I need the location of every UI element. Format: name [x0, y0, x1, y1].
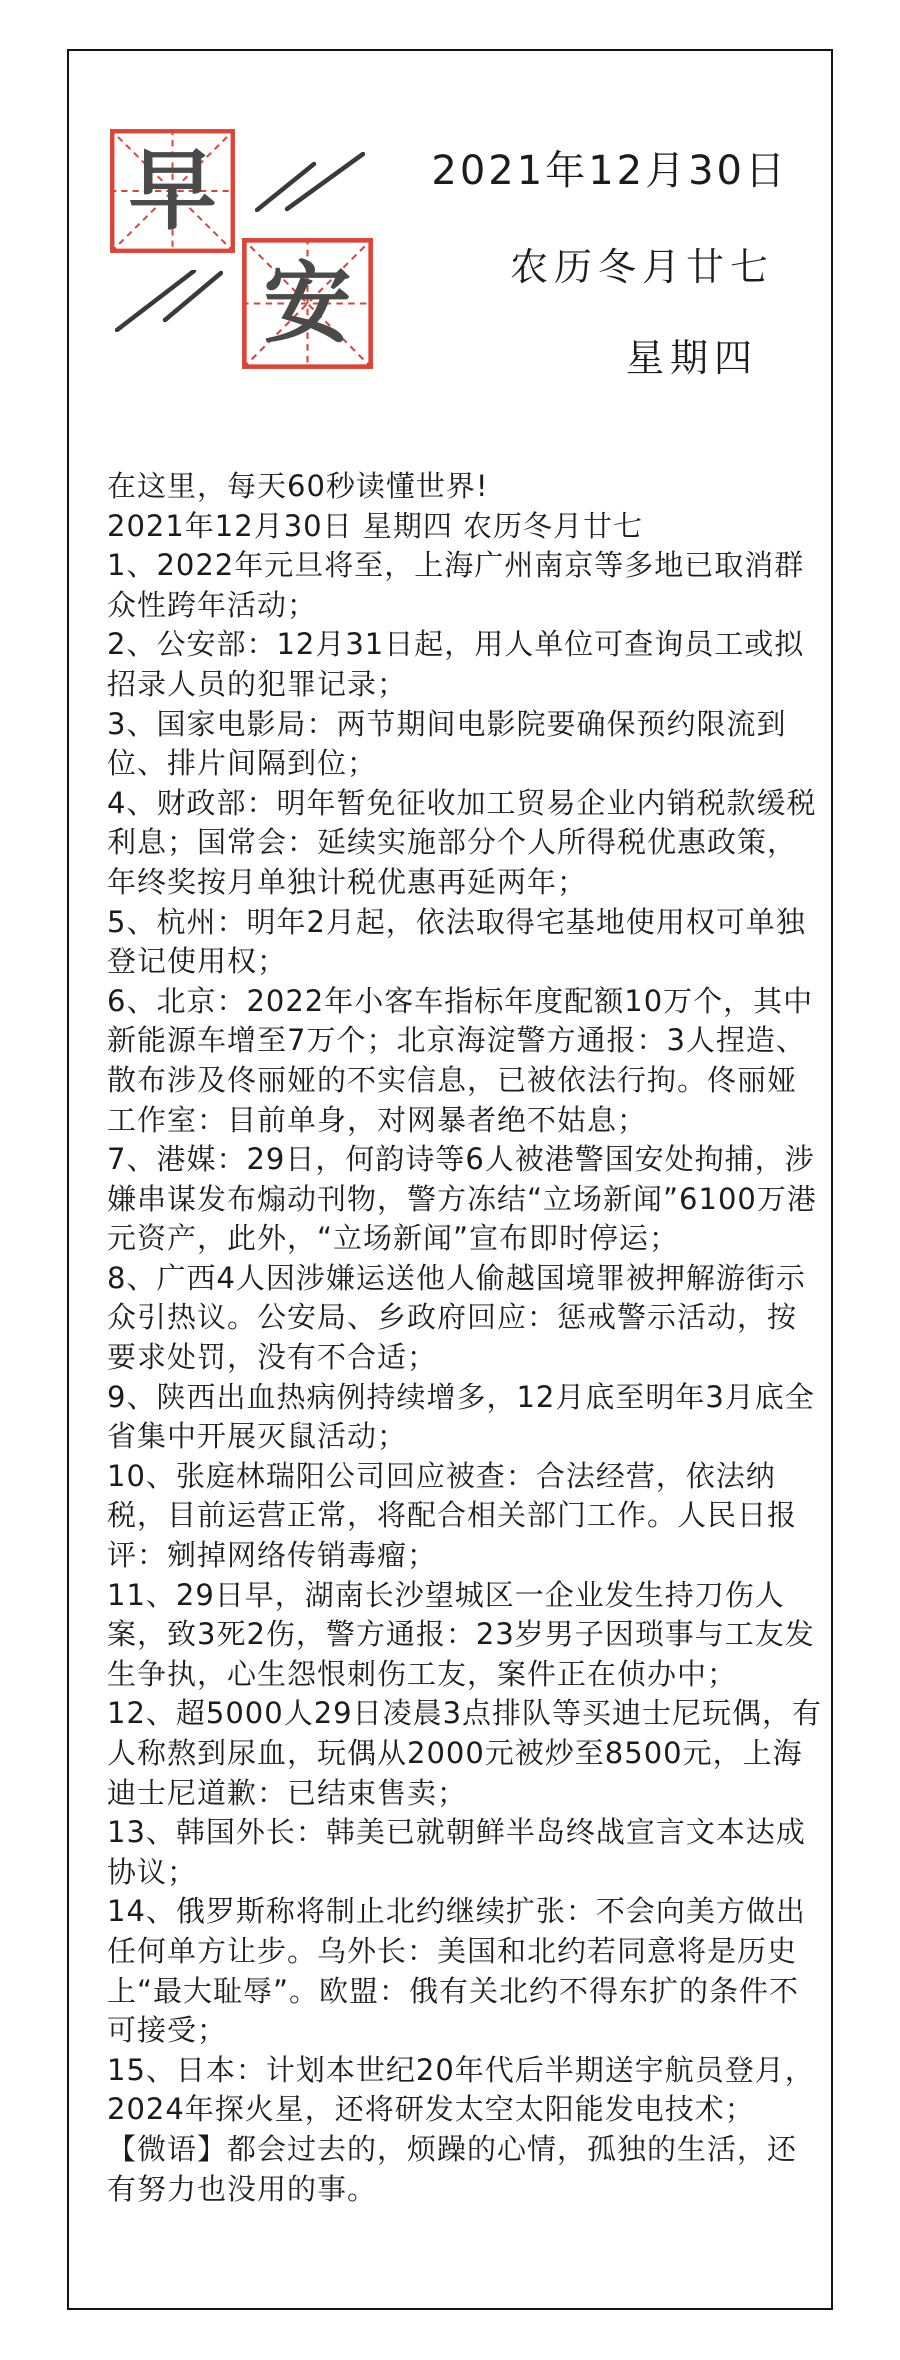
- logo-char-an: 安: [242, 238, 373, 369]
- date-block: 2021年12月30日 农历冬月廿七 星期四: [431, 139, 788, 382]
- intro-line: 在这里，每天60秒读懂世界!: [107, 467, 823, 507]
- news-item: 8、广西4人因涉嫌运送他人偷越国境罪被押解游街示众引热议。公安局、乡政府回应：惩…: [107, 1259, 823, 1378]
- news-item: 2、公安部：12月31日起，用人单位可查询员工或拟招录人员的犯罪记录；: [107, 625, 823, 704]
- news-item: 6、北京：2022年小客车指标年度配额10万个，其中新能源车增至7万个；北京海淀…: [107, 982, 823, 1140]
- logo-char-zao: 早: [110, 129, 235, 253]
- news-item: 14、俄罗斯称将制止北约继续扩张：不会向美方做出任何单方让步。乌外长：美国和北约…: [107, 1892, 823, 2050]
- morning-news-card: { "card": { "header": { "logo": { "char1…: [0, 0, 900, 2360]
- news-item: 5、杭州：明年2月起，依法取得宅基地使用权可单独登记使用权；: [107, 903, 823, 982]
- double-slash-icon-top: [255, 152, 365, 212]
- logo-box-an: 安: [242, 238, 373, 369]
- news-body: 在这里，每天60秒读懂世界! 2021年12月30日 星期四 农历冬月廿七 1、…: [107, 467, 823, 2209]
- news-item: 3、国家电影局：两节期间电影院要确保预约限流到位、排片间隔到位；: [107, 705, 823, 784]
- news-item: 15、日本：计划本世纪20年代后半期送宇航员登月，2024年探火星，还将研发太空…: [107, 2051, 823, 2130]
- news-item: 9、陕西出血热病例持续增多，12月底至明年3月底全省集中开展灭鼠活动；: [107, 1378, 823, 1457]
- news-item: 1、2022年元旦将至，上海广州南京等多地已取消群众性跨年活动；: [107, 546, 823, 625]
- date-heading: 2021年12月30日 星期四 农历冬月廿七: [107, 507, 823, 547]
- weekday-text: 星期四: [431, 327, 758, 382]
- date-text: 2021年12月30日: [431, 139, 788, 196]
- news-item: 4、财政部：明年暂免征收加工贸易企业内销税款缓税利息；国常会：延续实施部分个人所…: [107, 784, 823, 903]
- logo-box-zao: 早: [110, 129, 235, 253]
- news-item: 7、港媒：29日，何韵诗等6人被港警国安处拘捕，涉嫌串谋发布煽动刊物，警方冻结“…: [107, 1140, 823, 1259]
- weiyu-line: 【微语】都会过去的，烦躁的心情，孤独的生活，还有努力也没用的事。: [107, 2130, 823, 2209]
- news-list: 1、2022年元旦将至，上海广州南京等多地已取消群众性跨年活动；2、公安部：12…: [107, 546, 823, 2130]
- news-item: 12、超5000人29日凌晨3点排队等买迪士尼玩偶，有人称熬到尿血，玩偶从200…: [107, 1694, 823, 1813]
- news-item: 10、张庭林瑞阳公司回应被查：合法经营，依法纳税，目前运营正常，将配合相关部门工…: [107, 1457, 823, 1576]
- lunar-date-text: 农历冬月廿七: [431, 236, 774, 291]
- news-item: 13、韩国外长：韩美已就朝鲜半岛终战宣言文本达成协议；: [107, 1813, 823, 1892]
- double-slash-icon-bottom: [115, 270, 223, 332]
- card-frame: 早 安 2021年12月30日 农历冬月廿七 星期四 在这里，每天60秒读懂世界…: [67, 49, 833, 2310]
- news-item: 11、29日早，湖南长沙望城区一企业发生持刀伤人案，致3死2伤，警方通报：23岁…: [107, 1576, 823, 1695]
